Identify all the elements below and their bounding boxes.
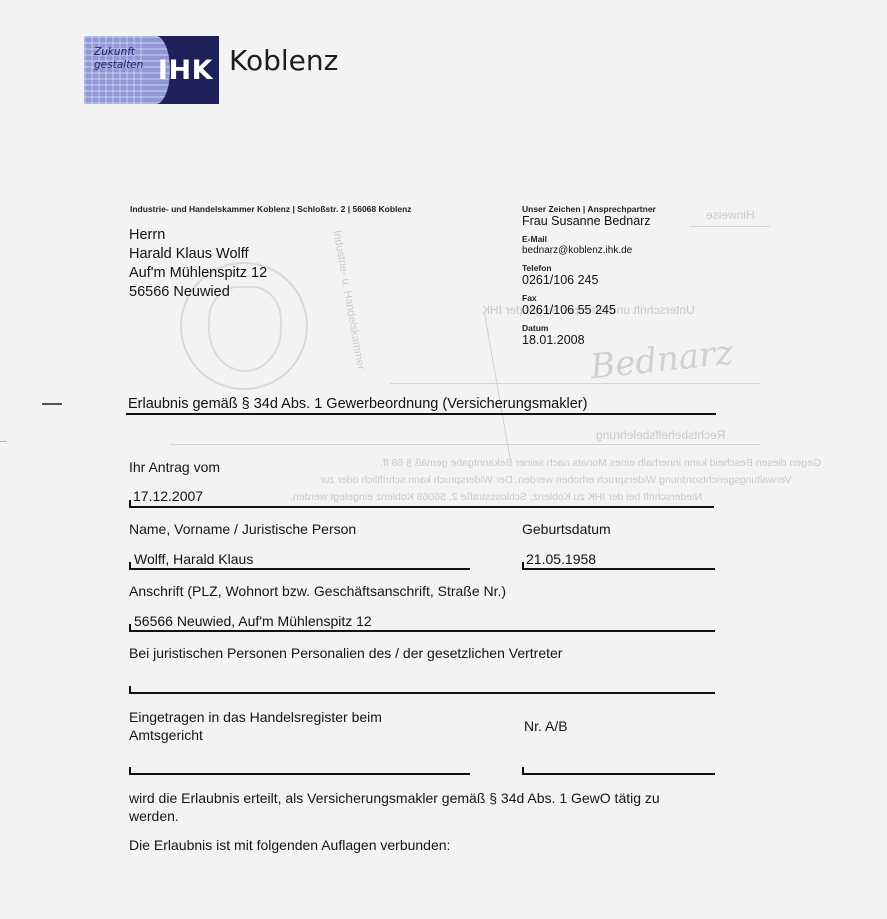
ghost-line-3: Niederschrift bei der IHK zu Koblenz, Sc… — [290, 491, 702, 503]
punch-mark — [0, 441, 6, 442]
legal-rep-label: Bei juristischen Personen Personalien de… — [129, 644, 562, 662]
ghost-rechtsbehelf: Rechtsbehelfsbelehrung — [596, 428, 725, 442]
signature-stroke — [484, 313, 511, 461]
phone-label: Telefon — [522, 263, 656, 273]
contact-label: Unser Zeichen | Ansprechpartner — [522, 204, 656, 214]
register-label: Eingetragen in das Handelsregister beim … — [129, 708, 382, 744]
grant-text-line-2: werden. — [129, 807, 660, 825]
recipient-salutation: Herrn — [129, 226, 267, 245]
logo-pattern: Zukunft gestalten — [84, 36, 156, 104]
email-label: E-Mail — [522, 234, 656, 244]
document-page: Zukunft gestalten IHK Koblenz Hinweise U… — [0, 0, 887, 919]
application-date-label: Ihr Antrag vom — [129, 458, 220, 476]
application-date-underline — [129, 506, 714, 508]
subject-underline — [126, 413, 716, 415]
date-label: Datum — [522, 323, 656, 333]
birth-date-underline — [522, 568, 715, 570]
recipient-city: 56566 Neuwied — [129, 283, 267, 302]
slogan-line-2: gestalten — [94, 59, 143, 72]
fold-mark — [42, 403, 62, 405]
birth-date-value[interactable]: 21.05.1958 — [526, 551, 596, 567]
address-label: Anschrift (PLZ, Wohnort bzw. Geschäftsan… — [129, 582, 506, 600]
contact-value: Frau Susanne Bednarz — [522, 214, 656, 228]
contact-info-block: Unser Zeichen | Ansprechpartner Frau Sus… — [522, 204, 656, 353]
ghost-divider — [170, 444, 760, 445]
name-underline — [129, 568, 470, 570]
name-value[interactable]: Wolff, Harald Klaus — [134, 551, 253, 567]
logo-slogan: Zukunft gestalten — [94, 46, 143, 72]
stamp-text: Industrie- u. Handelskammer — [330, 229, 366, 370]
logo-mark: IHK — [158, 55, 213, 86]
subject-line: Erlaubnis gemäß § 34d Abs. 1 Gewerbeordn… — [128, 396, 587, 412]
phone-value: 0261/106 245 — [522, 273, 656, 287]
application-date-value[interactable]: 17.12.2007 — [133, 488, 203, 504]
conditions-text: Die Erlaubnis ist mit folgenden Auflagen… — [129, 836, 450, 854]
name-label: Name, Vorname / Juristische Person — [129, 520, 356, 538]
register-court-underline — [129, 773, 470, 775]
recipient-name: Harald Klaus Wolff — [129, 245, 267, 264]
address-underline — [129, 630, 715, 632]
email-value[interactable]: bednarz@koblenz.ihk.de — [522, 244, 656, 257]
grant-text: wird die Erlaubnis erteilt, als Versiche… — [129, 789, 660, 825]
register-number-label: Nr. A/B — [524, 717, 568, 735]
fax-label: Fax — [522, 293, 656, 303]
register-number-underline — [522, 773, 715, 775]
birth-date-label: Geburtsdatum — [522, 520, 611, 538]
recipient-street: Auf'm Mühlenspitz 12 — [129, 264, 267, 283]
ghost-hinweise: Hinweise — [706, 208, 755, 222]
recipient-address: Herrn Harald Klaus Wolff Auf'm Mühlenspi… — [129, 226, 267, 302]
register-label-line-1: Eingetragen in das Handelsregister beim — [129, 708, 382, 726]
sender-line: Industrie- und Handelskammer Koblenz | S… — [130, 204, 412, 214]
logo-city: Koblenz — [229, 44, 338, 77]
ghost-line-1: Gegen diesen Bescheid kann innerhalb ein… — [380, 457, 821, 469]
address-value[interactable]: 56566 Neuwied, Auf'm Mühlenspitz 12 — [134, 613, 372, 629]
ghost-line-2: Verwaltungsgerichtsordnung Widerspruch e… — [320, 474, 792, 486]
grant-text-line-1: wird die Erlaubnis erteilt, als Versiche… — [129, 789, 660, 807]
ghost-divider — [390, 383, 760, 384]
fax-value: 0261/106 55 245 — [522, 303, 656, 317]
ihk-logo: Zukunft gestalten IHK — [84, 36, 219, 104]
date-value: 18.01.2008 — [522, 333, 656, 347]
slogan-line-1: Zukunft — [94, 46, 143, 59]
register-label-line-2: Amtsgericht — [129, 726, 382, 744]
legal-rep-underline — [129, 692, 715, 694]
ghost-divider — [690, 226, 770, 227]
